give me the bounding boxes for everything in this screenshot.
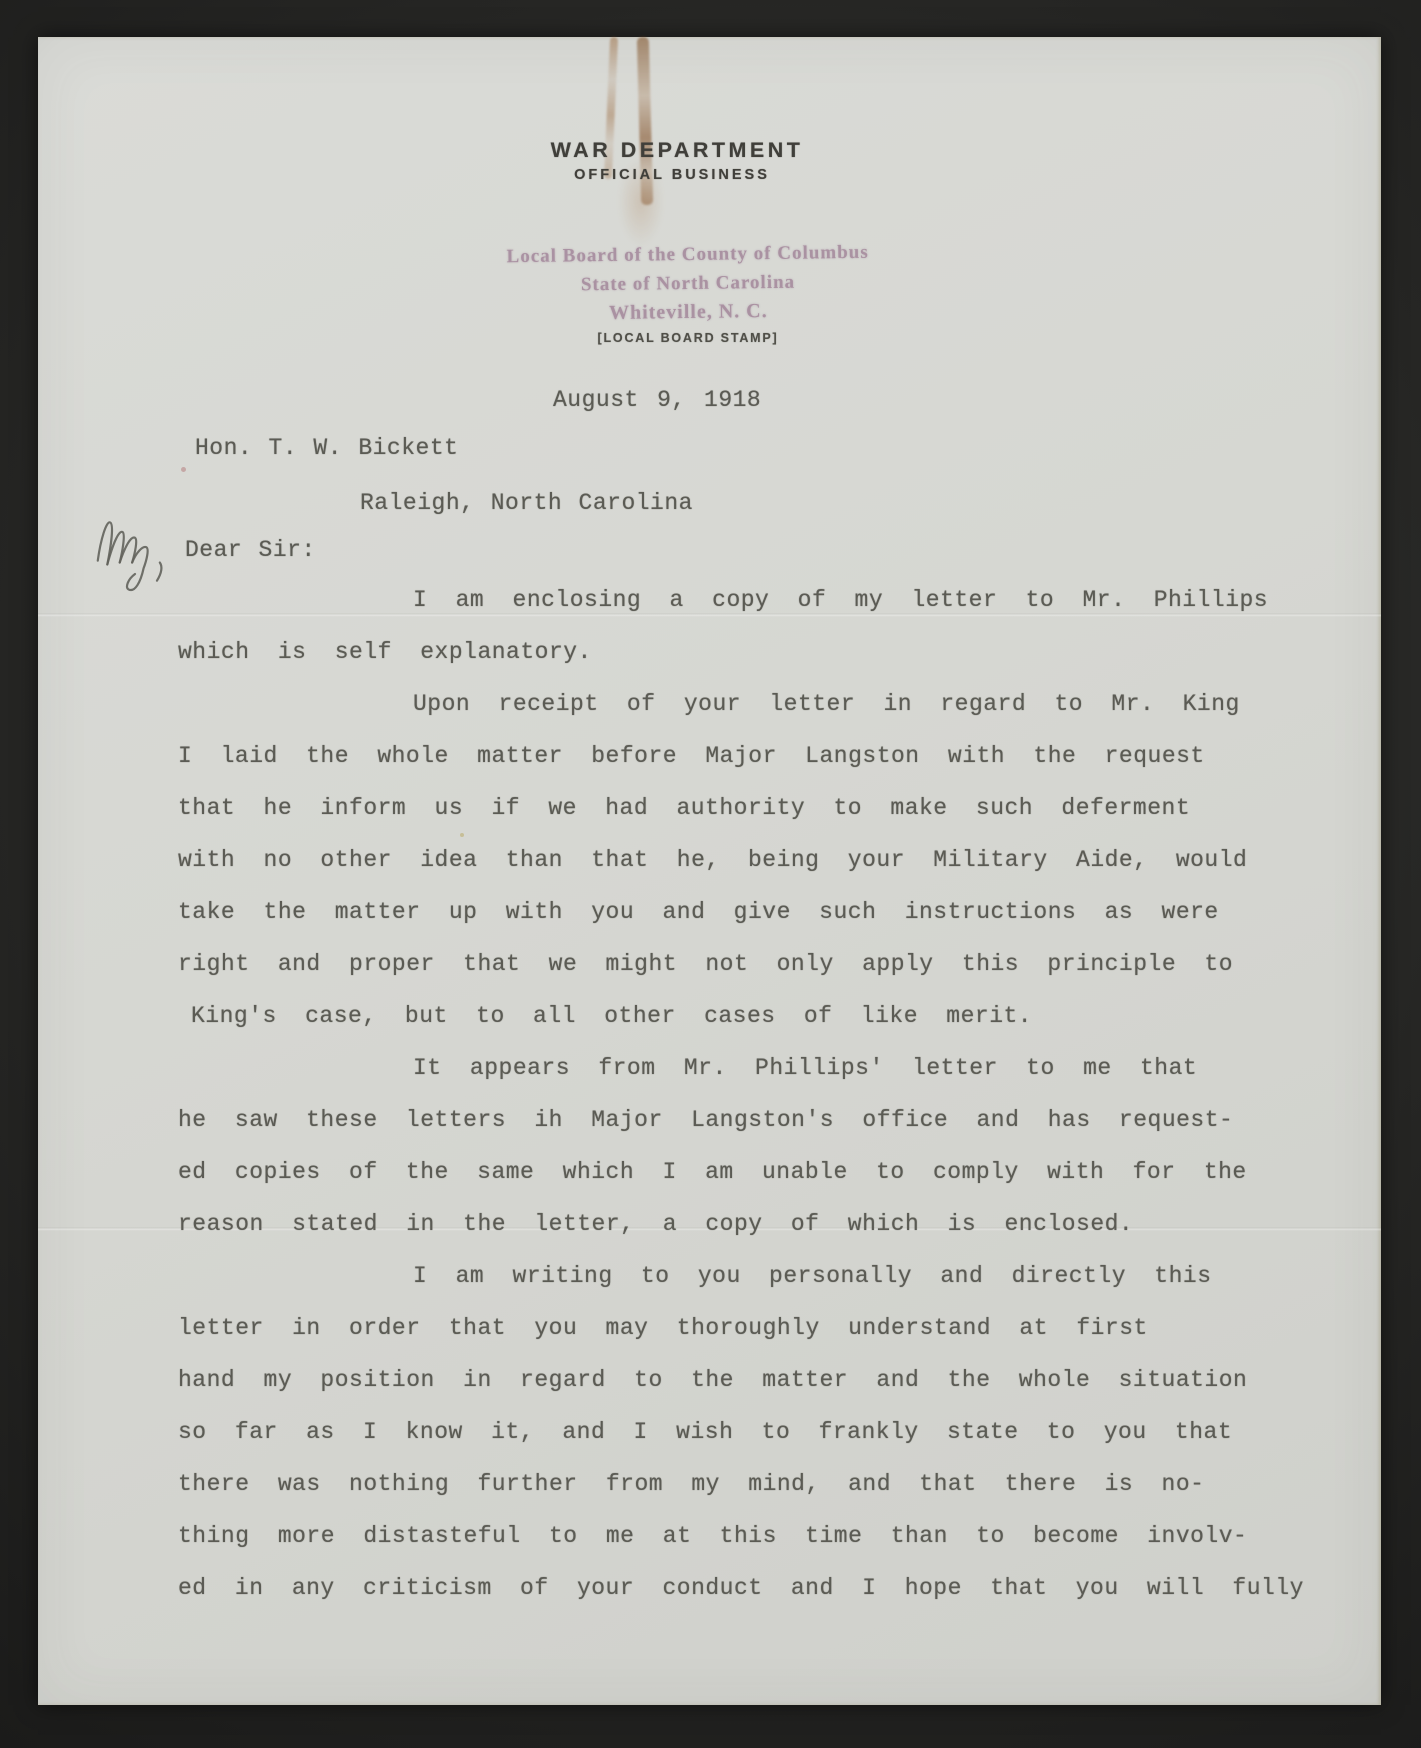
salutation: Dear Sir: [185,537,316,563]
stamp-line: State of North Carolina [507,267,869,300]
body-line: hand my position in regard to the matter… [178,1366,1378,1418]
stamp-line: Whiteville, N. C. [507,296,869,329]
body-line: there was nothing further from my mind, … [178,1470,1378,1522]
letter-body: I am enclosing a copy of my letter to Mr… [178,586,1378,1636]
body-line: with no other idea than that he, being y… [178,846,1378,898]
body-line: I am enclosing a copy of my letter to Mr… [178,586,1378,638]
body-line: he saw these letters ih Major Langston's… [178,1106,1378,1158]
body-line: reason stated in the letter, a copy of w… [178,1210,1378,1262]
recipient-name: Hon. T. W. Bickett [195,435,458,461]
local-board-stamp: Local Board of the County of Columbus St… [506,238,869,329]
body-line: which is self explanatory. [178,638,1378,690]
body-line: right and proper that we might not only … [178,950,1378,1002]
body-line: King's case, but to all other cases of l… [178,1002,1378,1054]
stamp-line: Local Board of the County of Columbus [506,238,868,271]
recipient-city: Raleigh, North Carolina [360,490,693,516]
scan-background: WAR DEPARTMENT OFFICIAL BUSINESS Local B… [0,0,1421,1748]
letterhead-title: WAR DEPARTMENT [551,138,804,163]
body-line: that he inform us if we had authority to… [178,794,1378,846]
letterhead-subtitle: OFFICIAL BUSINESS [574,167,770,183]
letter-date: August 9, 1918 [553,387,761,413]
paper-speck [181,467,186,472]
body-line: thing more distasteful to me at this tim… [178,1522,1378,1574]
body-line: I laid the whole matter before Major Lan… [178,742,1378,794]
body-line: ed in any criticism of your conduct and … [178,1574,1378,1626]
body-line: so far as I know it, and I wish to frank… [178,1418,1378,1470]
body-line: take the matter up with you and give suc… [178,898,1378,950]
letter-page: WAR DEPARTMENT OFFICIAL BUSINESS Local B… [38,37,1381,1705]
body-line: I am writing to you personally and direc… [178,1262,1378,1314]
body-line: It appears from Mr. Phillips' letter to … [178,1054,1378,1106]
body-line: letter in order that you may thoroughly … [178,1314,1378,1366]
body-line: ed copies of the same which I am unable … [178,1158,1378,1210]
stamp-caption: [LOCAL BOARD STAMP] [598,331,779,345]
body-line: Upon receipt of your letter in regard to… [178,690,1378,742]
